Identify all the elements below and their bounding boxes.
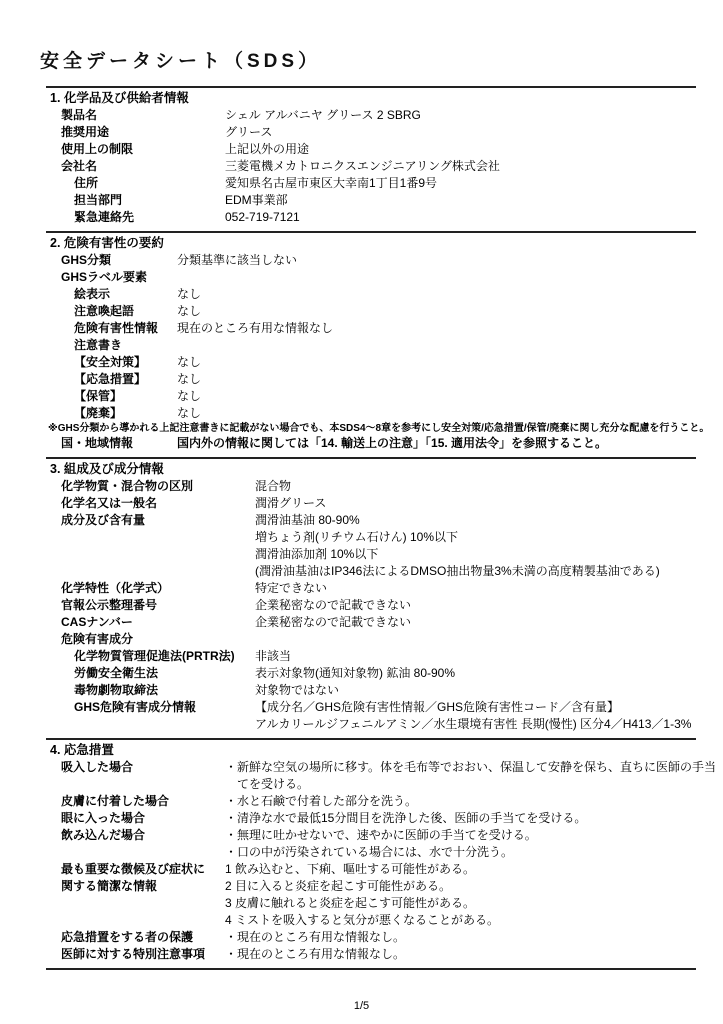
document-content: 1. 化学品及び供給者情報 製品名 シェル アルバニヤ グリース 2 SBRG … <box>46 86 696 970</box>
field-row-protection-of-first-aiders: 応急措置をする者の保護 ・現在のところ有用な情報なし。 <box>46 929 696 946</box>
field-value: ・現在のところ有用な情報なし。 <box>225 946 405 963</box>
field-value: ・新鮮な空気の場所に移す。体を毛布等でおおい、保温して安静を保ち、直ちに医師の手… <box>225 759 716 776</box>
field-row-important-symptoms-cont: 4 ミストを吸入すると気分が悪くなることがある。 <box>46 912 696 929</box>
field-row-eye-contact: 眼に入った場合 ・清浄な水で最低15分間目を洗浄した後、医師の手当てを受ける。 <box>46 810 696 827</box>
field-row-components-cont: 増ちょう剤(リチウム石けん) 10%以下 <box>46 529 696 546</box>
field-label: 注意書き <box>74 337 177 354</box>
field-value: なし <box>177 303 201 320</box>
field-value: ・無理に吐かせないで、速やかに医師の手当てを受ける。 <box>225 827 537 844</box>
field-value: 愛知県名古屋市東区大幸南1丁目1番9号 <box>225 175 437 192</box>
field-label: 成分及び含有量 <box>61 512 255 529</box>
field-label: 絵表示 <box>74 286 177 303</box>
field-row-regional-info: 国・地域情報 国内外の情報に関しては「14. 輸送上の注意」「15. 適用法令」… <box>46 435 696 452</box>
field-value: なし <box>177 388 201 405</box>
field-row-notes-for-physician: 医師に対する特別注意事項 ・現在のところ有用な情報なし。 <box>46 946 696 963</box>
field-value: てを受ける。 <box>225 776 309 793</box>
field-label <box>61 844 225 861</box>
field-value: 潤滑油添加剤 10%以下 <box>255 546 378 563</box>
field-row-cas-number: CASナンバー 企業秘密なので記載できない <box>46 614 696 631</box>
field-label: 化学物質管理促進法(PRTR法) <box>74 648 255 665</box>
field-row-response: 【応急措置】 なし <box>46 371 696 388</box>
field-label <box>61 776 225 793</box>
field-row-company-name: 会社名 三菱電機メカトロニクスエンジニアリング株式会社 <box>46 158 696 175</box>
field-value: 増ちょう剤(リチウム石けん) 10%以下 <box>255 529 458 546</box>
field-value: ・口の中が汚染されている場合には、水で十分洗う。 <box>225 844 513 861</box>
field-label <box>61 895 225 912</box>
field-label: 皮膚に付着した場合 <box>61 793 225 810</box>
field-label <box>61 912 225 929</box>
field-row-prtr-law: 化学物質管理促進法(PRTR法) 非該当 <box>46 648 696 665</box>
field-row-precautionary-statement: 注意書き <box>46 337 696 354</box>
field-row-important-symptoms: 最も重要な徴候及び症状に 1 飲み込むと、下痢、嘔吐する可能性がある。 <box>46 861 696 878</box>
ghs-note: ※GHS分類から導かれる上記注意書きに記載がない場合でも、本SDS4～8章を参考… <box>46 422 696 435</box>
section-chemical-and-supplier-info: 1. 化学品及び供給者情報 製品名 シェル アルバニヤ グリース 2 SBRG … <box>46 86 696 226</box>
field-row-substance-or-mixture: 化学物質・混合物の区別 混合物 <box>46 478 696 495</box>
field-row-skin-contact: 皮膚に付着した場合 ・水と石鹸で付着した部分を洗う。 <box>46 793 696 810</box>
field-row-components-cont: (潤滑油基油はIP346法によるDMSO抽出物量3%未満の高度精製基油である) <box>46 563 696 580</box>
field-label <box>61 546 255 563</box>
section-hazard-summary: 2. 危険有害性の要約 GHS分類 分類基準に該当しない GHSラベル要素 絵表… <box>46 231 696 452</box>
section-heading: 1. 化学品及び供給者情報 <box>46 88 696 107</box>
field-value: 潤滑油基油 80-90% <box>255 512 360 529</box>
field-value: グリース <box>225 124 272 141</box>
field-label: 国・地域情報 <box>61 435 177 452</box>
field-value: 潤滑グリース <box>255 495 326 512</box>
field-label: 推奨用途 <box>61 124 225 141</box>
field-label: 【廃棄】 <box>74 405 177 422</box>
field-label: 製品名 <box>61 107 225 124</box>
field-label: 関する簡潔な情報 <box>61 878 225 895</box>
field-row-if-swallowed-cont: ・口の中が汚染されている場合には、水で十分洗う。 <box>46 844 696 861</box>
section-heading: 2. 危険有害性の要約 <box>46 233 696 252</box>
field-row-use-restriction: 使用上の制限 上記以外の用途 <box>46 141 696 158</box>
field-row-disposal: 【廃棄】 なし <box>46 405 696 422</box>
field-label: 担当部門 <box>74 192 225 209</box>
field-value: ・水と石鹸で付着した部分を洗う。 <box>225 793 417 810</box>
field-label: 医師に対する特別注意事項 <box>61 946 225 963</box>
field-value: 企業秘密なので記載できない <box>255 597 411 614</box>
field-value: 1 飲み込むと、下痢、嘔吐する可能性がある。 <box>225 861 475 878</box>
field-value: なし <box>177 286 201 303</box>
field-row-product-name: 製品名 シェル アルバニヤ グリース 2 SBRG <box>46 107 696 124</box>
field-row-pictogram: 絵表示 なし <box>46 286 696 303</box>
field-row-poisonous-substances-law: 毒物劇物取締法 対象物ではない <box>46 682 696 699</box>
field-row-if-inhaled-cont: てを受ける。 <box>46 776 696 793</box>
field-label <box>74 716 255 733</box>
field-value: 国内外の情報に関しては「14. 輸送上の注意」「15. 適用法令」を参照すること… <box>177 435 607 452</box>
field-value: ・現在のところ有用な情報なし。 <box>225 929 405 946</box>
field-label: 飲み込んだ場合 <box>61 827 225 844</box>
field-label: 吸入した場合 <box>61 759 225 776</box>
field-label: GHSラベル要素 <box>61 269 177 286</box>
field-label: 【応急措置】 <box>74 371 177 388</box>
field-label: 【保管】 <box>74 388 177 405</box>
field-value: 【成分名／GHS危険有害性情報／GHS危険有害性コード／含有量】 <box>255 699 619 716</box>
field-row-components: 成分及び含有量 潤滑油基油 80-90% <box>46 512 696 529</box>
field-row-hazard-statement: 危険有害性情報 現在のところ有用な情報なし <box>46 320 696 337</box>
field-label: 眼に入った場合 <box>61 810 225 827</box>
field-label: 【安全対策】 <box>74 354 177 371</box>
field-row-ghs-classification: GHS分類 分類基準に該当しない <box>46 252 696 269</box>
document-title: 安全データシート（SDS） <box>40 46 321 73</box>
field-value: 2 目に入ると炎症を起こす可能性がある。 <box>225 878 451 895</box>
field-row-important-symptoms-cont: 3 皮膚に触れると炎症を起こす可能性がある。 <box>46 895 696 912</box>
field-label: 住所 <box>74 175 225 192</box>
field-value: なし <box>177 354 201 371</box>
section-first-aid-measures: 4. 応急措置 吸入した場合 ・新鮮な空気の場所に移す。体を毛布等でおおい、保温… <box>46 738 696 963</box>
section-heading: 4. 応急措置 <box>46 740 696 759</box>
field-label: 注意喚起語 <box>74 303 177 320</box>
field-row-chemical-formula: 化学特性（化学式） 特定できない <box>46 580 696 597</box>
field-value: シェル アルバニヤ グリース 2 SBRG <box>225 107 421 124</box>
field-label: 化学名又は一般名 <box>61 495 255 512</box>
field-value: (潤滑油基油はIP346法によるDMSO抽出物量3%未満の高度精製基油である) <box>255 563 660 580</box>
section-end-divider <box>46 968 696 970</box>
field-value: 非該当 <box>255 648 291 665</box>
field-row-if-inhaled: 吸入した場合 ・新鮮な空気の場所に移す。体を毛布等でおおい、保温して安静を保ち、… <box>46 759 696 776</box>
field-value: 表示対象物(通知対象物) 鉱油 80-90% <box>255 665 455 682</box>
field-value: 対象物ではない <box>255 682 339 699</box>
field-value: 混合物 <box>255 478 291 495</box>
field-label: 緊急連絡先 <box>74 209 225 226</box>
field-row-industrial-safety-law: 労働安全衛生法 表示対象物(通知対象物) 鉱油 80-90% <box>46 665 696 682</box>
field-label: 応急措置をする者の保護 <box>61 929 225 946</box>
field-label: 化学特性（化学式） <box>61 580 255 597</box>
field-row-ghs-hazard-component-info: GHS危険有害成分情報 【成分名／GHS危険有害性情報／GHS危険有害性コード／… <box>46 699 696 716</box>
field-label: CASナンバー <box>61 614 255 631</box>
field-label: GHS分類 <box>61 252 177 269</box>
field-value: なし <box>177 371 201 388</box>
field-value: ・清浄な水で最低15分間目を洗浄した後、医師の手当てを受ける。 <box>225 810 586 827</box>
field-value: 特定できない <box>255 580 327 597</box>
field-row-prevention: 【安全対策】 なし <box>46 354 696 371</box>
field-label: 労働安全衛生法 <box>74 665 255 682</box>
field-value: 分類基準に該当しない <box>177 252 297 269</box>
field-value: なし <box>177 405 201 422</box>
field-row-chemical-name: 化学名又は一般名 潤滑グリース <box>46 495 696 512</box>
field-label <box>61 563 255 580</box>
field-label: 官報公示整理番号 <box>61 597 255 614</box>
field-value: アルカリールジフェニルアミン／水生環境有害性 長期(慢性) 区分4／H413／1… <box>255 716 691 733</box>
field-label: 毒物劇物取締法 <box>74 682 255 699</box>
field-value: 3 皮膚に触れると炎症を起こす可能性がある。 <box>225 895 475 912</box>
field-row-ghs-hazard-component-info-cont: アルカリールジフェニルアミン／水生環境有害性 長期(慢性) 区分4／H413／1… <box>46 716 696 733</box>
section-composition-info: 3. 組成及び成分情報 化学物質・混合物の区別 混合物 化学名又は一般名 潤滑グ… <box>46 457 696 733</box>
field-value: 企業秘密なので記載できない <box>255 614 411 631</box>
field-row-components-cont: 潤滑油添加剤 10%以下 <box>46 546 696 563</box>
field-label <box>61 529 255 546</box>
field-value: 052-719-7121 <box>225 209 300 226</box>
field-label: 会社名 <box>61 158 225 175</box>
field-label: GHS危険有害成分情報 <box>74 699 255 716</box>
field-value: 上記以外の用途 <box>225 141 309 158</box>
field-label: 最も重要な徴候及び症状に <box>61 861 225 878</box>
field-row-hazardous-components: 危険有害成分 <box>46 631 696 648</box>
field-row-gazette-number: 官報公示整理番号 企業秘密なので記載できない <box>46 597 696 614</box>
field-label: 危険有害性情報 <box>74 320 177 337</box>
field-row-emergency-contact: 緊急連絡先 052-719-7121 <box>46 209 696 226</box>
field-label: 使用上の制限 <box>61 141 225 158</box>
field-row-department: 担当部門 EDM事業部 <box>46 192 696 209</box>
page-number: 1/5 <box>0 1000 723 1012</box>
field-row-recommended-use: 推奨用途 グリース <box>46 124 696 141</box>
section-heading: 3. 組成及び成分情報 <box>46 459 696 478</box>
field-label: 危険有害成分 <box>61 631 255 648</box>
field-value: 三菱電機メカトロニクスエンジニアリング株式会社 <box>225 158 500 175</box>
field-row-important-symptoms-cont: 関する簡潔な情報 2 目に入ると炎症を起こす可能性がある。 <box>46 878 696 895</box>
field-value: 4 ミストを吸入すると気分が悪くなることがある。 <box>225 912 499 929</box>
field-value: 現在のところ有用な情報なし <box>177 320 333 337</box>
field-row-address: 住所 愛知県名古屋市東区大幸南1丁目1番9号 <box>46 175 696 192</box>
field-value: EDM事業部 <box>225 192 288 209</box>
field-label: 化学物質・混合物の区別 <box>61 478 255 495</box>
field-row-if-swallowed: 飲み込んだ場合 ・無理に吐かせないで、速やかに医師の手当てを受ける。 <box>46 827 696 844</box>
field-row-storage: 【保管】 なし <box>46 388 696 405</box>
sds-document-page: 安全データシート（SDS） 1. 化学品及び供給者情報 製品名 シェル アルバニ… <box>0 0 723 1024</box>
field-row-signal-word: 注意喚起語 なし <box>46 303 696 320</box>
field-row-ghs-label-elements: GHSラベル要素 <box>46 269 696 286</box>
